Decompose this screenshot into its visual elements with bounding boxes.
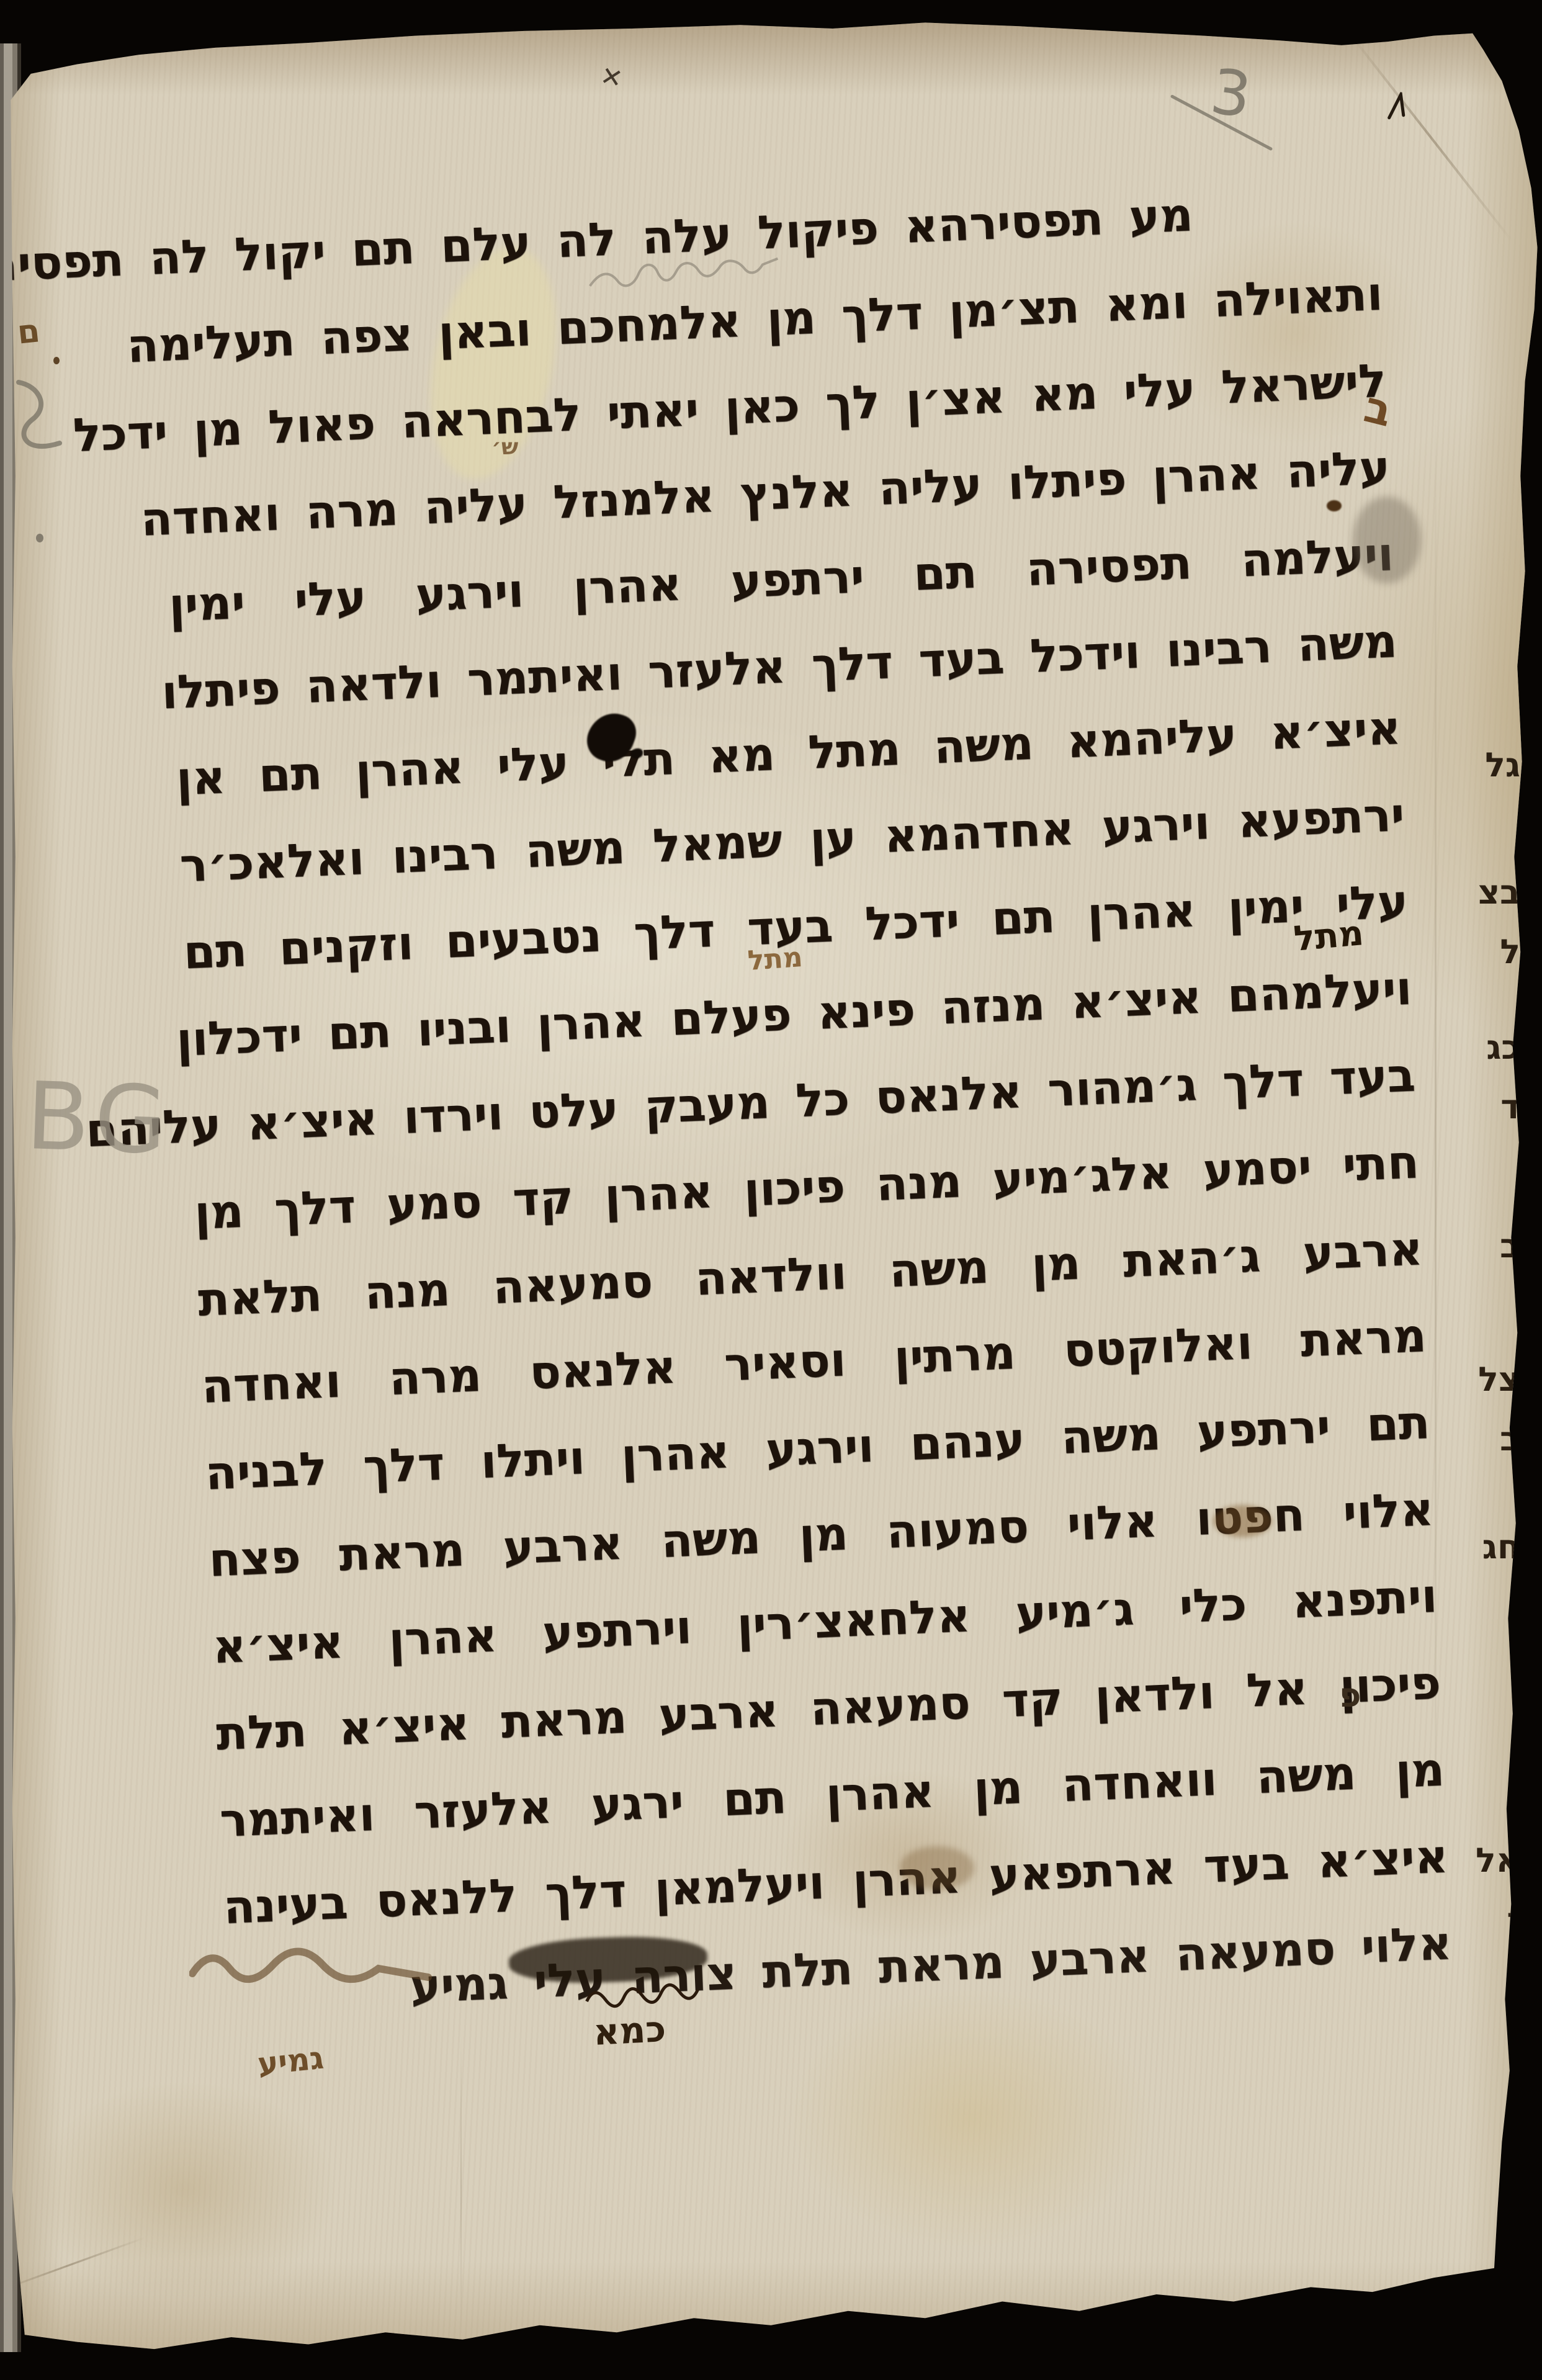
corner-ink-tick-icon <box>1386 91 1410 123</box>
interlinear-brown-mark: ש׳ <box>491 434 518 460</box>
bottom-left-word: גמיע <box>256 2040 325 2083</box>
left-pencil-squiggle <box>11 379 70 472</box>
stain-blot-lower <box>900 1846 974 1890</box>
left-pencil-initials: BG <box>24 1062 174 1175</box>
brown-smudge <box>1213 1505 1272 1537</box>
right-margin-gloss: מתל <box>1292 913 1365 959</box>
edge-fragment-text: כגד <box>1472 1018 1520 1148</box>
interlinear-correction: מתל <box>746 941 804 977</box>
edge-fragment-text: חג <box>1472 1517 1520 1654</box>
rust-spot <box>1327 500 1342 511</box>
left-edge-letter-mark: ם <box>16 312 42 351</box>
bottom-left-crease <box>0 2237 145 2294</box>
parchment-page: מע תפסירהא פיקול עלה לה עלם תם יקול לה ת… <box>0 0 1542 2380</box>
right-margin-letter-pe: פ <box>1339 1676 1361 1715</box>
right-margin-gray-smudge <box>1353 496 1421 583</box>
left-pencil-dot <box>36 534 43 542</box>
edge-fragment-text: צלב <box>1472 1350 1520 1499</box>
catchword: כמא <box>592 2008 666 2054</box>
photograph-of-manuscript-leaf: { "manuscript": { "lines": [ "מע תפסירהא… <box>0 0 1542 2380</box>
top-x-ink-mark: ✕ <box>598 60 625 94</box>
edge-fragment-text: בצל <box>1472 863 1520 999</box>
left-edge-ink-dot <box>53 357 60 364</box>
bottom-center-crease <box>460 2036 462 2333</box>
edge-fragment-text: ב <box>1472 1216 1520 1291</box>
main-text-block: מע תפסירהא פיקול עלה לה עלם תם יקול לה ת… <box>153 164 1453 2038</box>
edge-fragment-text: אלז <box>1472 1831 1520 1992</box>
faded-line-tail-flourish <box>189 1939 456 1995</box>
edge-fragment-text: גל <box>1472 735 1520 841</box>
